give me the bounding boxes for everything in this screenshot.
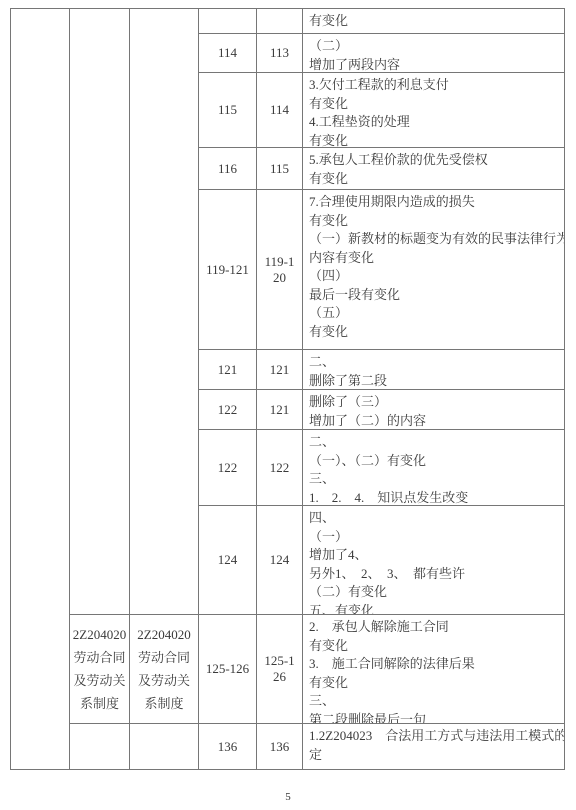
new-page-cell: 122: [256, 429, 302, 505]
old-page-cell: 114: [198, 33, 256, 72]
old-page-cell: [198, 9, 256, 33]
section-code-cell-col3: 2Z204020 劳动合同 及劳动关 系制度: [129, 614, 198, 723]
change-desc-cell: 5.承包人工程价款的优先受偿权 有变化: [302, 147, 564, 189]
change-desc-cell: 四、 （一） 增加了4、 另外1、 2、 3、 都有些许 （二）有变化 五、有变…: [302, 505, 564, 614]
new-page-cell: 125-1 26: [256, 614, 302, 723]
document-page: 2Z204020 劳动合同 及劳动关 系制度 2Z204020 劳动合同 及劳动…: [0, 0, 576, 810]
change-desc-cell: 3.欠付工程款的利息支付 有变化 4.工程垫资的处理 有变化: [302, 72, 564, 147]
old-page-cell: 115: [198, 72, 256, 147]
old-page-cell: 119-121: [198, 189, 256, 349]
change-desc-cell: 有变化: [302, 9, 564, 33]
new-page-cell: 121: [256, 389, 302, 429]
section-col2-empty-top: [69, 9, 129, 614]
old-page-cell: 124: [198, 505, 256, 614]
change-desc-cell: 二、 删除了第二段: [302, 349, 564, 389]
old-page-cell: 116: [198, 147, 256, 189]
new-page-cell: 113: [256, 33, 302, 72]
new-page-cell: 115: [256, 147, 302, 189]
old-page-cell: 125-126: [198, 614, 256, 723]
new-page-cell: 136: [256, 723, 302, 769]
change-desc-cell: 删除了（三） 增加了（二）的内容: [302, 389, 564, 429]
change-desc-cell: 7.合理使用期限内造成的损失 有变化 （一）新教材的标题变为有效的民事法律行为 …: [302, 189, 564, 349]
new-page-cell: 124: [256, 505, 302, 614]
change-desc-cell: 2. 承包人解除施工合同 有变化 3. 施工合同解除的法律后果 有变化 三、 第…: [302, 614, 564, 723]
new-page-cell: [256, 9, 302, 33]
old-page-cell: 122: [198, 429, 256, 505]
old-page-cell: 136: [198, 723, 256, 769]
margin-cell: [11, 9, 69, 769]
new-page-cell: 114: [256, 72, 302, 147]
change-desc-cell: （二） 增加了两段内容: [302, 33, 564, 72]
section-col2-empty-bottom: [69, 723, 129, 769]
change-desc-cell: 1.2Z204023 合法用工方式与违法用工模式的规 定: [302, 723, 564, 769]
new-page-cell: 119-1 20: [256, 189, 302, 349]
new-page-cell: 121: [256, 349, 302, 389]
change-desc-cell: 二、 （一）、（二）有变化 三、 1. 2. 4. 知识点发生改变: [302, 429, 564, 505]
section-col3-empty-top: [129, 9, 198, 614]
revision-table: 2Z204020 劳动合同 及劳动关 系制度 2Z204020 劳动合同 及劳动…: [10, 8, 565, 770]
section-code-cell-col2: 2Z204020 劳动合同 及劳动关 系制度: [69, 614, 129, 723]
old-page-cell: 121: [198, 349, 256, 389]
old-page-cell: 122: [198, 389, 256, 429]
section-col3-empty-bottom: [129, 723, 198, 769]
page-number: 5: [0, 791, 576, 803]
